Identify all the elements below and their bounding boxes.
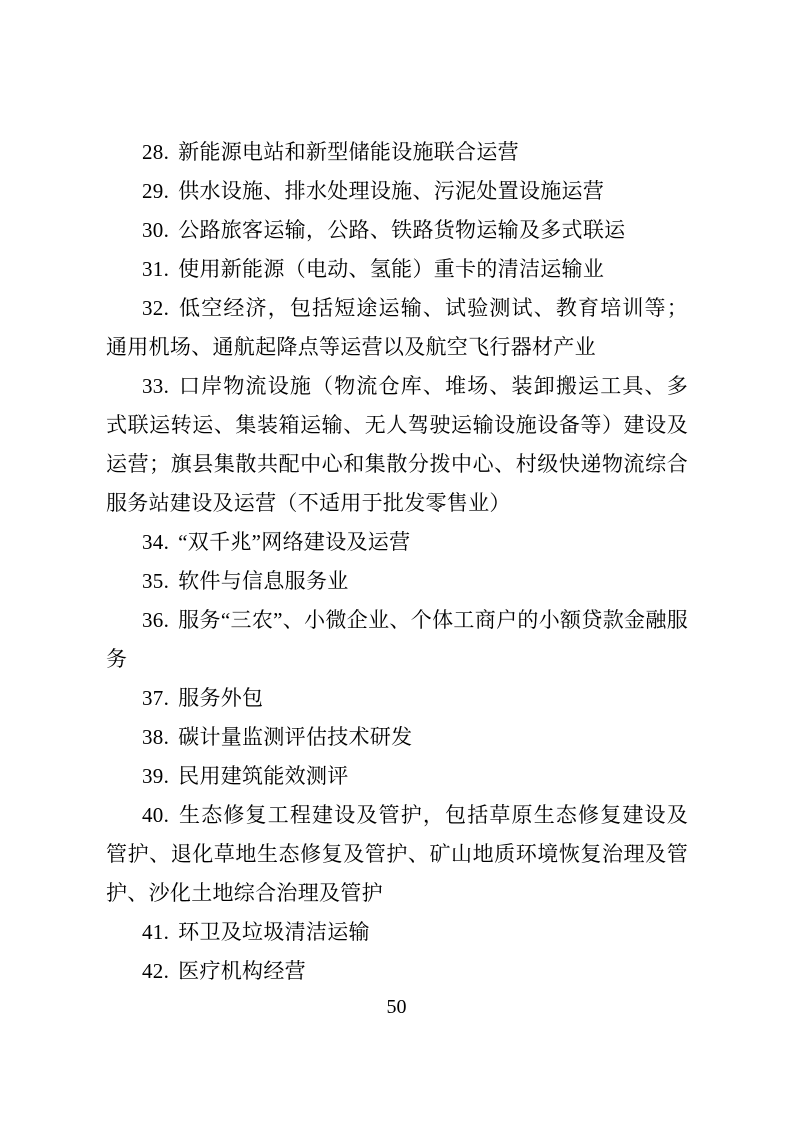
item-number: 40. xyxy=(142,803,178,827)
item-text: “双千兆”网络建设及运营 xyxy=(178,530,410,554)
item-number: 37. xyxy=(142,686,178,710)
item-number: 34. xyxy=(142,530,178,554)
item-number: 36. xyxy=(142,608,178,632)
item-text: 口岸物流设施（物流仓库、堆场、装卸搬运工具、多式联运转运、集装箱运输、无人驾驶运… xyxy=(106,374,688,515)
list-item: 41.环卫及垃圾清洁运输 xyxy=(106,913,688,952)
list-item: 34.“双千兆”网络建设及运营 xyxy=(106,523,688,562)
item-text: 生态修复工程建设及管护，包括草原生态修复建设及管护、退化草地生态修复及管护、矿山… xyxy=(106,803,688,905)
item-number: 39. xyxy=(142,764,178,788)
list-item: 32.低空经济，包括短途运输、试验测试、教育培训等；通用机场、通航起降点等运营以… xyxy=(106,289,688,367)
list-item: 42.医疗机构经营 xyxy=(106,952,688,991)
item-text: 软件与信息服务业 xyxy=(178,569,348,593)
item-number: 38. xyxy=(142,725,178,749)
item-text: 医疗机构经营 xyxy=(178,959,306,983)
item-text: 新能源电站和新型储能设施联合运营 xyxy=(178,140,519,164)
item-number: 41. xyxy=(142,920,178,944)
page-footer: 50 xyxy=(0,995,793,1019)
item-number: 42. xyxy=(142,959,178,983)
item-text: 环卫及垃圾清洁运输 xyxy=(178,920,370,944)
list-item: 30.公路旅客运输，公路、铁路货物运输及多式联运 xyxy=(106,211,688,250)
list-item: 37.服务外包 xyxy=(106,679,688,718)
item-number: 30. xyxy=(142,218,178,242)
list-item: 31.使用新能源（电动、氢能）重卡的清洁运输业 xyxy=(106,250,688,289)
numbered-list: 28.新能源电站和新型储能设施联合运营29.供水设施、排水处理设施、污泥处置设施… xyxy=(106,133,688,991)
item-text: 碳计量监测评估技术研发 xyxy=(178,725,412,749)
item-text: 民用建筑能效测评 xyxy=(178,764,348,788)
item-number: 33. xyxy=(142,374,178,398)
list-item: 35.软件与信息服务业 xyxy=(106,562,688,601)
item-number: 28. xyxy=(142,140,178,164)
list-item: 38.碳计量监测评估技术研发 xyxy=(106,718,688,757)
item-text: 供水设施、排水处理设施、污泥处置设施运营 xyxy=(178,179,604,203)
item-number: 31. xyxy=(142,257,178,281)
item-text: 使用新能源（电动、氢能）重卡的清洁运输业 xyxy=(178,257,604,281)
item-number: 35. xyxy=(142,569,178,593)
list-item: 33.口岸物流设施（物流仓库、堆场、装卸搬运工具、多式联运转运、集装箱运输、无人… xyxy=(106,367,688,523)
list-item: 36.服务“三农”、小微企业、个体工商户的小额贷款金融服务 xyxy=(106,601,688,679)
list-item: 29.供水设施、排水处理设施、污泥处置设施运营 xyxy=(106,172,688,211)
item-number: 32. xyxy=(142,296,178,320)
list-item: 40.生态修复工程建设及管护，包括草原生态修复建设及管护、退化草地生态修复及管护… xyxy=(106,796,688,913)
list-item: 39.民用建筑能效测评 xyxy=(106,757,688,796)
item-text: 低空经济，包括短途运输、试验测试、教育培训等；通用机场、通航起降点等运营以及航空… xyxy=(106,296,688,359)
item-number: 29. xyxy=(142,179,178,203)
document-page: 28.新能源电站和新型储能设施联合运营29.供水设施、排水处理设施、污泥处置设施… xyxy=(0,0,793,1122)
item-text: 服务外包 xyxy=(178,686,263,710)
item-text: 服务“三农”、小微企业、个体工商户的小额贷款金融服务 xyxy=(106,608,688,671)
page-number: 50 xyxy=(387,996,407,1018)
list-item: 28.新能源电站和新型储能设施联合运营 xyxy=(106,133,688,172)
item-text: 公路旅客运输，公路、铁路货物运输及多式联运 xyxy=(178,218,625,242)
